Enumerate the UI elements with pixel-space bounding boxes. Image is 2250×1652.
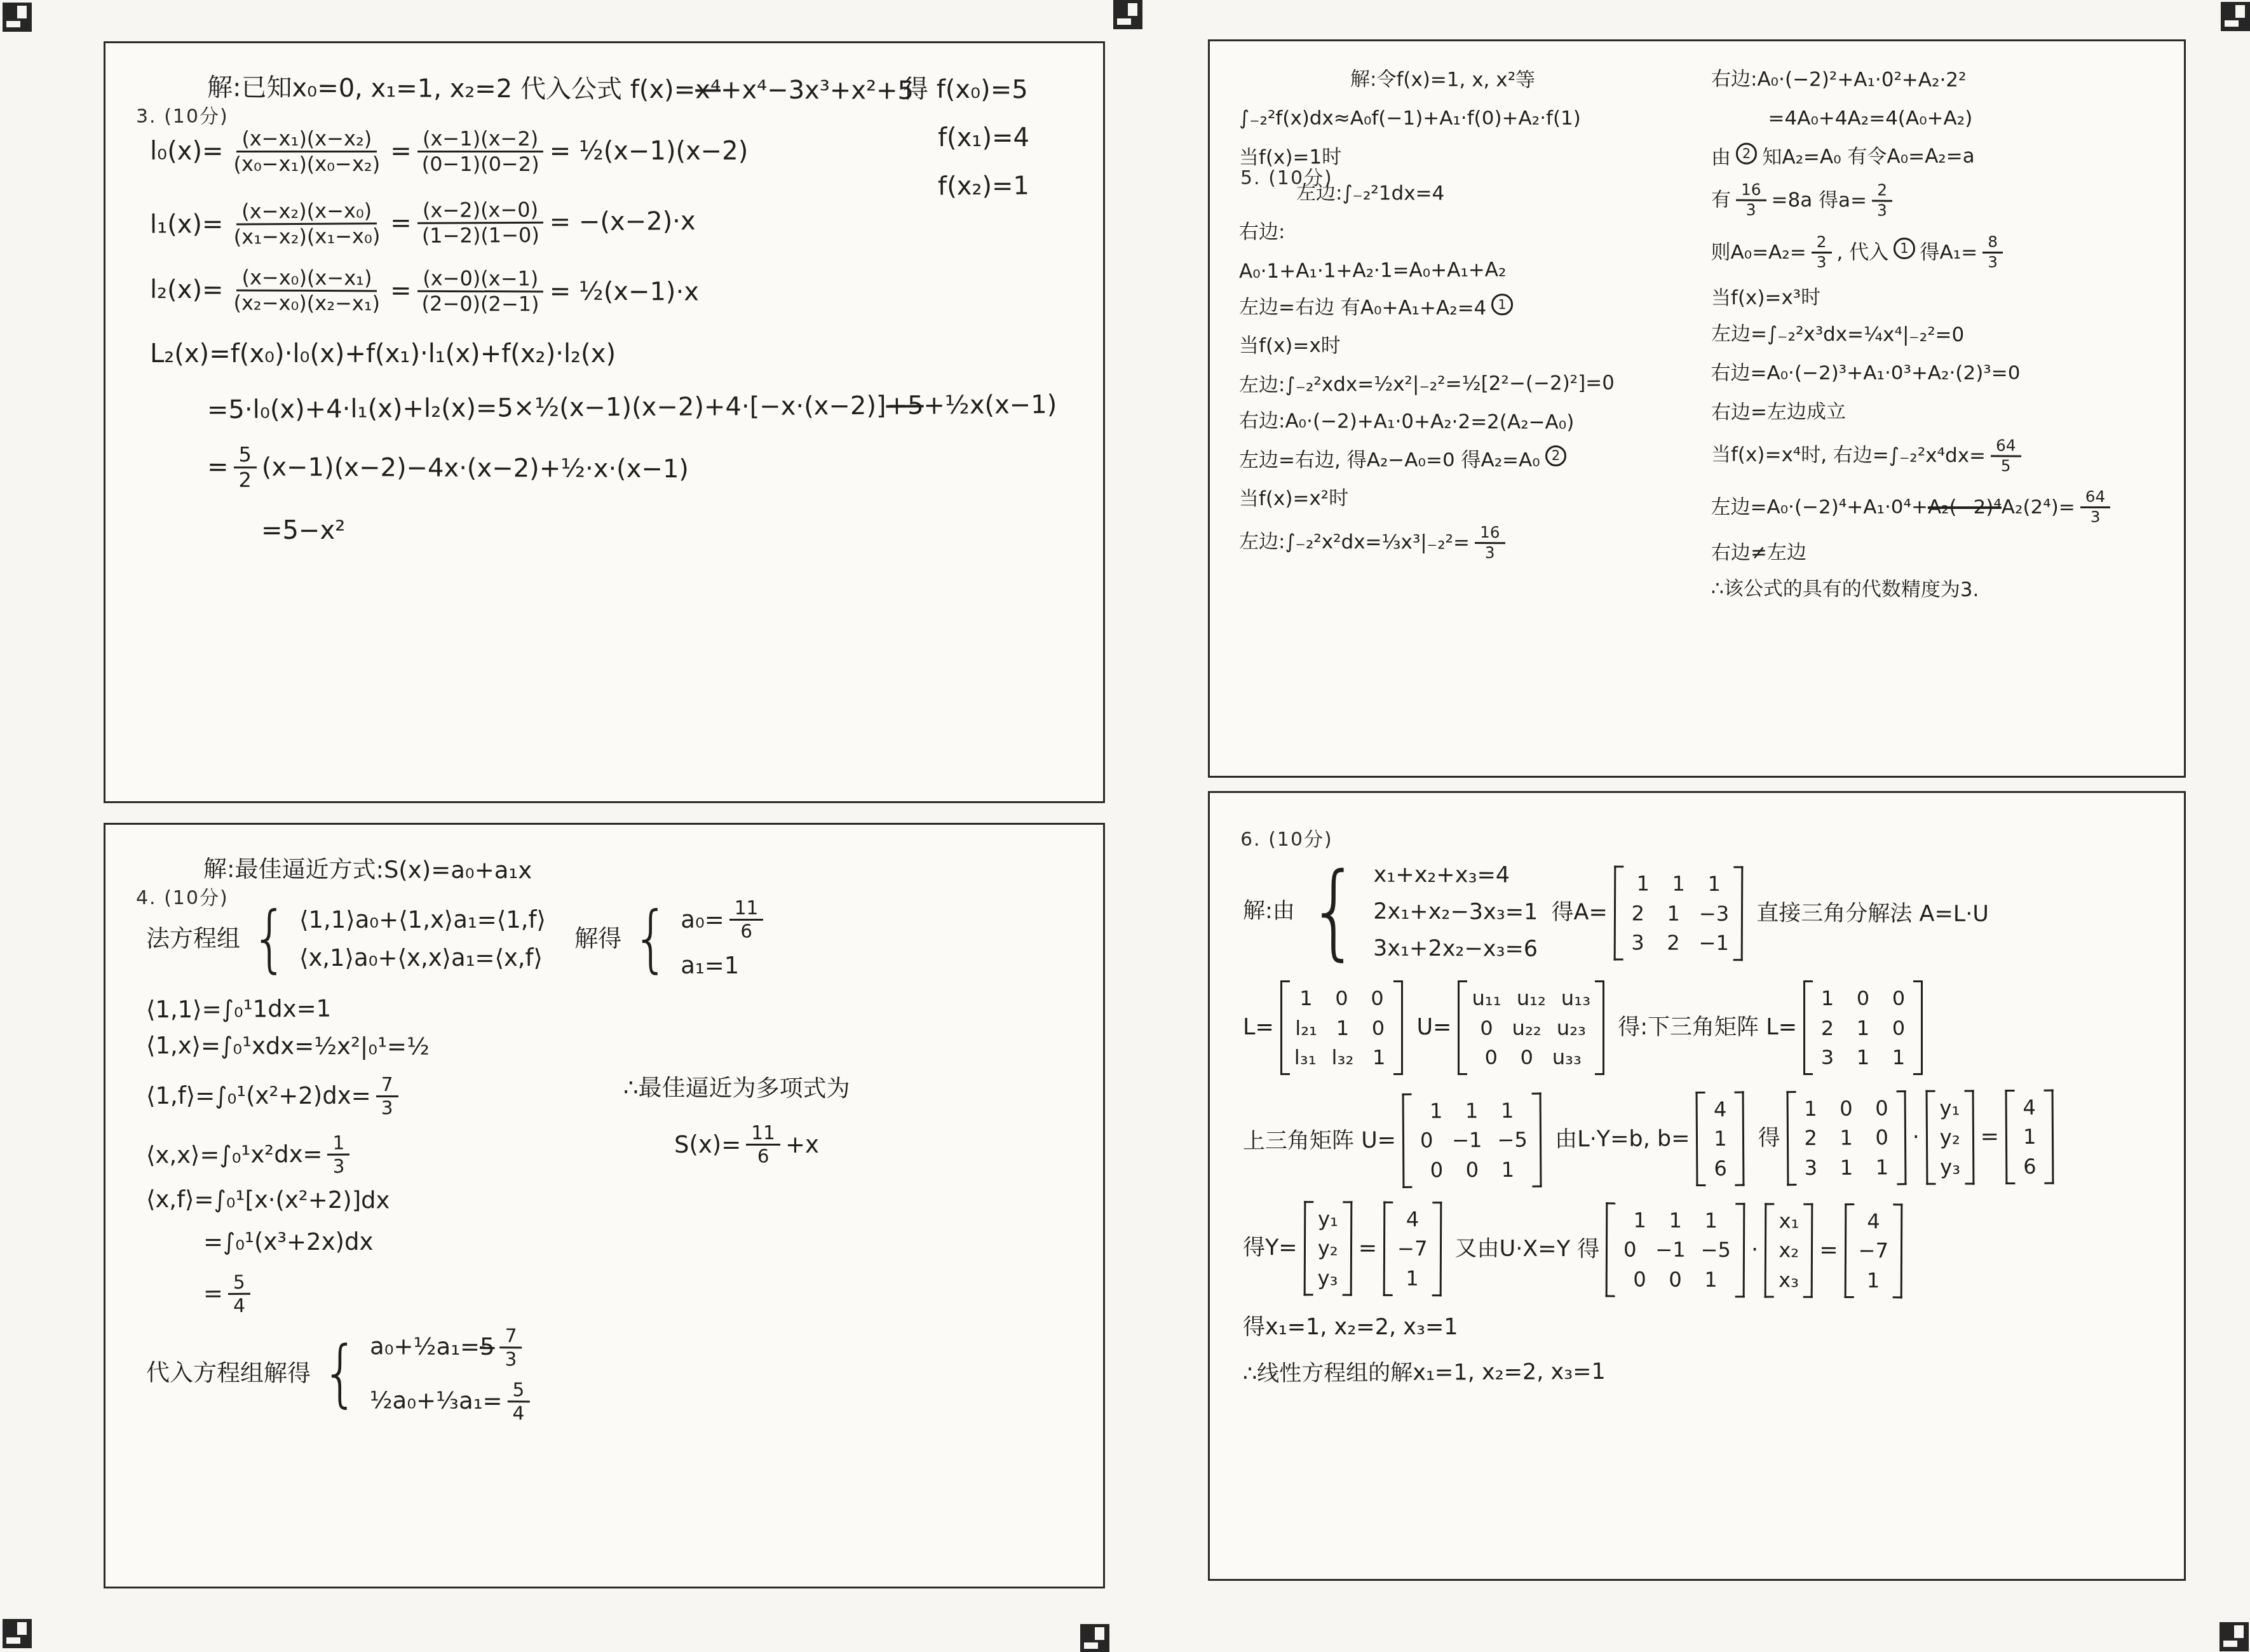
matrix-cell: y₂ — [1940, 1125, 1960, 1150]
fraction: 23 — [1812, 233, 1832, 271]
matrix-cell: 1 — [1863, 1267, 1883, 1292]
system-row: ⟨1,1⟩a₀+⟨1,x⟩a₁=⟨1,f⟩ — [299, 905, 546, 935]
circled-number: 2 — [1545, 445, 1566, 466]
formula-text: 当f(x)=x时 — [1239, 334, 1341, 358]
matrix-cell: 1 — [1701, 1208, 1721, 1233]
formula-text: 解:令f(x)=1, x, x²等 — [1350, 67, 1535, 93]
handwritten-line: 右边:A₀·(−2)²+A₁·0²+A₂·2² — [1711, 67, 2161, 93]
handwritten-line: 左边=右边 有A₀+A₁+A₂=41 — [1239, 295, 1690, 322]
formula-text: 得:下三角矩阵 L= — [1611, 1014, 1797, 1042]
system-row: a₀=116 — [681, 897, 768, 942]
matrix-cell: −5 — [1701, 1237, 1732, 1263]
formula-text: = — [203, 1279, 223, 1308]
matrix-row: 1 — [1858, 1267, 1888, 1292]
matrix-cell: u₃₃ — [1552, 1045, 1582, 1070]
matrix-cell: 2 — [1800, 1125, 1820, 1151]
formula-text: L₂(x)=f(x₀)·l₀(x)+f(x₁)·l₁(x)+f(x₂)·l₂(x… — [150, 338, 616, 370]
formula-text: 左边:∫₋₂²1dx=4 — [1296, 181, 1444, 207]
matrix-cell: 0 — [1517, 1045, 1537, 1070]
formula-text: ⟨x,x⟩=∫₀¹x²dx= — [146, 1140, 323, 1170]
matrix-cell: 6 — [1711, 1155, 1731, 1181]
formula-text: 左边:∫₋₂²xdx=½x²|₋₂²=½[2²−(−2)²]=0 — [1239, 371, 1615, 398]
formula-text: l₂(x)= — [150, 274, 224, 306]
equation-system: {a₀+½a₁=573½a₀+⅓a₁=54 — [317, 1324, 535, 1425]
fraction-denominator: 6 — [752, 1146, 775, 1167]
handwritten-line: 左边=A₀·(−2)⁴+A₁·0⁴+A₂(−2)⁴A₂(2⁴)=643 — [1711, 488, 2162, 526]
formula-text: = −(x−2)·x — [550, 205, 696, 238]
matrix: 100210311 — [1786, 1090, 1906, 1186]
handwritten-line: =5·l₀(x)+4·l₁(x)+l₂(x)=5×½(x−1)(x−2)+4·[… — [207, 389, 1074, 426]
matrix-cell: −1 — [1655, 1237, 1686, 1263]
matrix-cell: 1 — [1836, 1125, 1856, 1151]
formula-text: ⟨x,1⟩a₀+⟨x,x⟩a₁=⟨x,f⟩ — [299, 944, 543, 973]
handwritten-line: f(x₁)=4 — [938, 122, 1029, 154]
matrix: 4−71 — [1844, 1203, 1902, 1298]
formula-text: l₀(x)= — [150, 135, 224, 167]
handwritten-line: =54 — [203, 1266, 1074, 1317]
solution-columns: 解:令f(x)=1, x, x²等∫₋₂²f(x)dx≈A₀f(−1)+A₁·f… — [1239, 68, 2161, 602]
handwritten-line: 则A₀=A₂=23, 代入1得A₁=83 — [1711, 233, 2162, 271]
problem-6-box: 6. (10分) 解:由{x₁+x₂+x₃=42x₁+x₂−3x₃=13x₁+2… — [1208, 791, 2186, 1581]
formula-text: 右边: — [1239, 220, 1285, 245]
handwritten-line: ∫₋₂²f(x)dx≈A₀f(−1)+A₁·f(0)+A₂·f(1) — [1239, 106, 1690, 131]
system-rows: a₀=116a₁=1 — [681, 897, 768, 980]
matrix-cell: 2 — [1817, 1015, 1838, 1041]
matrix-row: 00u₃₃ — [1472, 1045, 1590, 1070]
fraction-numerator: 5 — [234, 443, 257, 468]
handwritten-line: =4A₀+4A₂=4(A₀+A₂) — [1768, 106, 2162, 131]
handwritten-line: 右边:A₀·(−2)+A₁·0+A₂·2=2(A₂−A₀) — [1239, 409, 1690, 435]
formula-text: 得 — [1751, 1125, 1780, 1153]
formula-text: =∫₀¹(x³+2x)dx — [203, 1228, 373, 1257]
matrix-row: y₁ — [1939, 1095, 1960, 1121]
fraction-numerator: (x−x₁)(x−x₂) — [236, 127, 377, 152]
handwritten-line: l₂(x)=(x−x₀)(x−x₁)(x₂−x₀)(x₂−x₁)=(x−0)(x… — [150, 266, 1074, 318]
fraction: 54 — [507, 1379, 529, 1424]
formula-text: ⟨1,x⟩=∫₀¹xdx=½x²|₀¹=½ — [146, 1031, 430, 1062]
handwritten-line: 得 f(x₀)=5 — [903, 74, 1029, 106]
fraction-numerator: 5 — [228, 1271, 250, 1294]
matrix-cell: x₂ — [1779, 1238, 1799, 1263]
formula-text: 得x₁=1, x₂=2, x₃=1 — [1243, 1314, 1458, 1342]
matrix-cell: l₂₁ — [1295, 1015, 1317, 1041]
matrix-cell: 0 — [1477, 1015, 1497, 1041]
fraction-denominator: (x₁−x₂)(x₁−x₀) — [229, 224, 386, 248]
matrix-cell: x₃ — [1779, 1267, 1799, 1292]
matrix-cell: 1 — [1369, 1045, 1389, 1070]
fraction-denominator: 3 — [1480, 544, 1500, 562]
formula-text: =8a 得a= — [1771, 188, 1867, 213]
formula-text: +x — [785, 1130, 819, 1160]
handwritten-line: 由2知A₂=A₀ 有令A₀=A₂=a — [1711, 142, 2161, 170]
formula-text: 左边=右边 有A₀+A₁+A₂=4 — [1239, 295, 1487, 320]
matrix-cell: 1 — [1853, 1015, 1873, 1041]
matrix-cell: 0 — [1871, 1095, 1892, 1121]
formula-text: A₂(2⁴)= — [2002, 495, 2075, 520]
matrix-cell: 1 — [1426, 1098, 1446, 1123]
formula-text: 解:由 — [1243, 898, 1295, 926]
formula-text: a₀= — [681, 905, 724, 935]
matrix-row: l₂₁10 — [1294, 1015, 1390, 1041]
handwritten-line: ⟨x,x⟩=∫₀¹x²dx=13 — [146, 1128, 1074, 1179]
matrix-row: 4 — [1859, 1209, 1889, 1234]
fraction: 163 — [1475, 524, 1505, 562]
matrix-row: 210 — [1800, 1125, 1892, 1151]
handwritten-line: 代入方程组解得{a₀+½a₁=573½a₀+⅓a₁=54 — [146, 1324, 1074, 1426]
registration-marker — [2221, 2, 2250, 31]
matrix-row: 4 — [1397, 1207, 1428, 1232]
matrix-cell: 1 — [1704, 871, 1725, 897]
fraction-denominator: 3 — [1740, 201, 1761, 219]
formula-text: 右边=左边成立 — [1711, 399, 1845, 424]
handwritten-line: =5−x² — [261, 515, 1074, 546]
formula-text: 左边=A₀·(−2)⁴+A₁·0⁴+ — [1711, 495, 1928, 520]
matrix-cell: 2 — [1628, 900, 1648, 926]
handwritten-line: ⟨1,f⟩=∫₀¹(x²+2)dx=73 — [146, 1074, 1074, 1119]
matrix: y₁y₂y₃ — [1925, 1090, 1974, 1184]
formula-text: ⟨1,1⟩a₀+⟨1,x⟩a₁=⟨1,f⟩ — [299, 905, 546, 935]
matrix-cell: −1 — [1452, 1127, 1482, 1153]
brace-icon: { — [633, 908, 670, 970]
formula-text: 有 — [1711, 187, 1730, 212]
formula-text: 右边=A₀·(−2)³+A₁·0³+A₂·(2)³=0 — [1711, 361, 2021, 386]
formula-text: 上三角矩阵 U= — [1243, 1127, 1396, 1155]
matrix-cell: u₂₂ — [1512, 1015, 1542, 1041]
formula-text: A₀·1+A₁·1+A₂·1=A₀+A₁+A₂ — [1239, 257, 1507, 283]
matrix-row: 0−1−5 — [1620, 1236, 1731, 1263]
matrix-row: x₃ — [1779, 1267, 1799, 1292]
handwritten-line: =52(x−1)(x−2)−4x·(x−2)+½·x·(x−1) — [207, 443, 1074, 496]
matrix-row: 001 — [1416, 1156, 1528, 1182]
handwritten-line: 左边:∫₋₂²1dx=4 — [1296, 181, 1690, 207]
brace-icon: { — [1308, 868, 1360, 956]
fraction: 83 — [1982, 233, 2003, 271]
handwritten-line: 右边=A₀·(−2)³+A₁·0³+A₂·(2)³=0 — [1711, 361, 2162, 386]
matrix-cell: 3 — [1817, 1045, 1838, 1070]
formula-text: ⟨x,f⟩=∫₀¹[x·(x²+2)]dx — [146, 1185, 390, 1215]
solution-column: 解:令f(x)=1, x, x²等∫₋₂²f(x)dx≈A₀f(−1)+A₁·f… — [1239, 68, 1690, 562]
formula-text: , 代入 — [1837, 240, 1889, 265]
handwritten-line: L₂(x)=f(x₀)·l₀(x)+f(x₁)·l₁(x)+f(x₂)·l₂(x… — [150, 338, 1074, 370]
matrix-row: x₂ — [1779, 1238, 1799, 1263]
fraction-numerator: 64 — [1991, 437, 2021, 457]
matrix-cell: −1 — [1698, 930, 1729, 956]
formula-text: 又由U·X=Y 得 — [1447, 1235, 1599, 1264]
formula-text: · — [1751, 1236, 1758, 1264]
formula-text: (x−1)(x−2)−4x·(x−2)+½·x·(x−1) — [262, 451, 689, 485]
matrix-row: 100 — [1817, 985, 1909, 1011]
formula-text: = — [1819, 1236, 1838, 1264]
fraction-denominator: 2 — [233, 468, 257, 492]
matrix-row: 1 — [1710, 1126, 1730, 1151]
matrix-cell: y₂ — [1318, 1235, 1338, 1261]
formula-text: = — [390, 275, 412, 307]
problem-4-solution: 解:最佳逼近方式:S(x)=a₀+a₁x法方程组{⟨1,1⟩a₀+⟨1,x⟩a₁… — [105, 825, 1103, 1587]
formula-text: 代入方程组解得 — [146, 1358, 311, 1388]
fraction-numerator: (x−x₂)(x−x₀) — [236, 199, 377, 225]
fraction: (x−x₂)(x−x₀)(x₁−x₂)(x₁−x₀) — [228, 199, 385, 248]
matrix-row: 1 — [1397, 1265, 1428, 1290]
matrix-cell: 6 — [2019, 1153, 2040, 1179]
handwritten-line: 左边=∫₋₂²x³dx=¼x⁴|₋₂²=0 — [1711, 322, 2161, 349]
matrix-cell: 0 — [1665, 1266, 1685, 1292]
handwritten-line: 当f(x)=x³时 — [1711, 283, 2161, 311]
formula-text: ½a₀+⅓a₁= — [370, 1386, 503, 1416]
formula-text: 3x₁+2x₂−x₃=6 — [1373, 935, 1538, 963]
matrix-row: 6 — [2019, 1153, 2040, 1179]
formula-text: 左边=∫₋₂²x³dx=¼x⁴|₋₂²=0 — [1711, 322, 1963, 348]
registration-marker — [3, 3, 32, 32]
fraction-numerator: 7 — [500, 1325, 522, 1348]
formula-text: L= — [1243, 1014, 1274, 1042]
matrix-cell: 1 — [1853, 1045, 1873, 1070]
problem-6-solution: 解:由{x₁+x₂+x₃=42x₁+x₂−3x₃=13x₁+2x₂−x₃=6 得… — [1210, 793, 2184, 1579]
system-row: a₀+½a₁=573 — [370, 1324, 535, 1370]
matrix-cell: 2 — [1663, 930, 1683, 955]
formula-text: = — [207, 451, 229, 483]
fraction-denominator: 3 — [1871, 201, 1892, 220]
formula-text: +x⁴−3x³+x²+5 — [721, 74, 914, 107]
system-row: x₁+x₂+x₃=4 — [1374, 862, 1538, 890]
matrix-row: 1 — [2019, 1124, 2040, 1149]
formula-text: 由 — [1711, 145, 1730, 170]
matrix-cell: u₁₃ — [1561, 985, 1590, 1011]
system-rows: ⟨1,1⟩a₀+⟨1,x⟩a₁=⟨1,f⟩⟨x,1⟩a₀+⟨x,x⟩a₁=⟨x,… — [299, 905, 546, 973]
registration-marker — [1113, 0, 1142, 29]
matrix-row: x₁ — [1779, 1208, 1799, 1233]
matrix-cell: 1 — [1332, 1015, 1353, 1041]
handwritten-line: ∴线性方程组的解x₁=1, x₂=2, x₃=1 — [1243, 1355, 2161, 1389]
fraction: 116 — [729, 897, 764, 942]
crossed-out-text: +5 — [886, 389, 923, 421]
matrix: 4−71 — [1383, 1202, 1442, 1296]
circled-number: 1 — [1491, 294, 1513, 315]
formula-text: ∴最佳逼近为多项式为 — [623, 1073, 850, 1104]
system-row: ½a₀+⅓a₁=54 — [370, 1378, 535, 1424]
formula-text: x₁+x₂+x₃=4 — [1374, 862, 1510, 890]
matrix-row: −7 — [1397, 1236, 1428, 1261]
formula-text: f(x₁)=4 — [938, 122, 1029, 154]
handwritten-line: l₁(x)=(x−x₂)(x−x₀)(x₁−x₂)(x₁−x₀)=(x−2)(x… — [150, 194, 1074, 248]
formula-text: +½x(x−1) — [923, 389, 1057, 421]
crossed-out-text: A₂(−2)⁴ — [1928, 495, 2002, 520]
problem-3-box: 3. (10分) 解:已知x₀=0, x₁=1, x₂=2 代入公式 f(x)=… — [104, 41, 1105, 803]
matrix-cell: u₁₂ — [1517, 985, 1546, 1011]
matrix-row: 210 — [1817, 1015, 1909, 1041]
handwritten-line: 右边≠左边 — [1711, 538, 2161, 565]
system-row: 2x₁+x₂−3x₃=1 — [1373, 898, 1538, 926]
problem-4-side-note: ∴最佳逼近为多项式为S(x)=116+x — [623, 1074, 850, 1167]
matrix-cell: 1 — [1710, 1126, 1730, 1151]
fraction: (x−x₁)(x−x₂)(x₀−x₁)(x₀−x₂) — [229, 127, 386, 176]
matrix: 1110−1−5001 — [1606, 1202, 1745, 1297]
formula-text: 知A₂=A₀ 有令A₀=A₂=a — [1762, 144, 1975, 170]
matrix-row: 111 — [1416, 1098, 1528, 1124]
fraction-numerator: 1 — [327, 1132, 349, 1156]
formula-text: 左边:∫₋₂²x²dx=⅓x³|₋₂²= — [1239, 529, 1470, 555]
matrix-cell: 1 — [1669, 871, 1689, 897]
equation-system: {a₀=116a₁=1 — [628, 897, 768, 980]
fraction: 73 — [376, 1074, 398, 1119]
formula-text: f(x₂)=1 — [938, 170, 1029, 203]
system-rows: a₀+½a₁=573½a₀+⅓a₁=54 — [370, 1324, 535, 1424]
formula-text: = — [390, 207, 412, 239]
matrix-cell: 1 — [1872, 1154, 1892, 1180]
matrix-row: 111 — [1628, 871, 1730, 897]
matrix-cell: 0 — [1368, 1015, 1388, 1041]
handwritten-line: 解:令f(x)=1, x, x²等 — [1350, 67, 1690, 93]
matrix-cell: −7 — [1858, 1238, 1888, 1263]
formula-text: U= — [1409, 1014, 1451, 1042]
handwritten-line: 右边=左边成立 — [1711, 397, 2161, 424]
problem-5-box: 5. (10分) 解:令f(x)=1, x, x²等∫₋₂²f(x)dx≈A₀f… — [1208, 39, 2186, 778]
formula-text: 法方程组 — [146, 924, 240, 954]
matrix-cell: 0 — [1871, 1125, 1892, 1150]
formula-text: 解:最佳逼近方式:S(x)=a₀+a₁x — [203, 855, 532, 886]
fraction-denominator: 3 — [1982, 254, 2003, 272]
matrix-row: 6 — [1711, 1155, 1731, 1181]
formula-text: = ½(x−1)(x−2) — [550, 135, 749, 167]
fraction-denominator: 4 — [507, 1402, 529, 1424]
fraction-denominator: (x₂−x₀)(x₂−x₁) — [228, 291, 385, 315]
fraction-numerator: 2 — [1872, 182, 1892, 202]
matrix: u₁₁u₁₂u₁₃0u₂₂u₂₃00u₃₃ — [1458, 980, 1604, 1075]
handwritten-line: =∫₀¹(x³+2x)dx — [203, 1228, 1074, 1257]
fraction-denominator: (2−0)(2−1) — [417, 292, 545, 316]
equation-system: {x₁+x₂+x₃=42x₁+x₂−3x₃=13x₁+2x₂−x₃=6 — [1301, 861, 1538, 963]
formula-text: 得A= — [1544, 899, 1608, 927]
formula-text: 右边:A₀·(−2)²+A₁·0²+A₂·2² — [1711, 67, 1966, 93]
fraction: (x−2)(x−0)(1−2)(1−0) — [416, 198, 544, 247]
fraction-denominator: 6 — [735, 921, 757, 942]
fraction: 73 — [499, 1325, 522, 1370]
matrix-cell: 1 — [1700, 1266, 1721, 1292]
matrix-row: y₂ — [1940, 1125, 1960, 1150]
matrix-cell: 1 — [1836, 1154, 1857, 1180]
handwritten-line: 当f(x)=x⁴时, 右边=∫₋₂²x⁴dx=645 — [1711, 436, 2161, 476]
registration-marker — [1080, 1624, 1109, 1652]
matrix-cell: x₁ — [1779, 1208, 1799, 1233]
formula-text: 解:已知x₀=0, x₁=1, x₂=2 代入公式 f(x)= — [207, 72, 695, 105]
matrix: 11121−332−1 — [1613, 866, 1743, 961]
matrix-cell: 0 — [1332, 985, 1352, 1011]
matrix-cell: 0 — [1427, 1157, 1447, 1182]
matrix-row: 0u₂₂u₂₃ — [1472, 1015, 1590, 1041]
matrix-cell: 0 — [1620, 1236, 1640, 1262]
fraction-numerator: 11 — [729, 897, 764, 921]
brace-icon: { — [322, 1343, 359, 1405]
matrix-row: 311 — [1801, 1154, 1892, 1181]
formula-text: = — [390, 135, 412, 167]
fraction-numerator: 8 — [1982, 233, 2003, 254]
matrix-cell: 1 — [1817, 985, 1838, 1011]
fraction-denominator: 4 — [228, 1294, 250, 1316]
handwritten-line: 得Y=y₁y₂y₃=4−71 又由U·X=Y 得1110−1−5001·x₁x₂… — [1243, 1201, 2162, 1299]
matrix-cell: 3 — [1801, 1154, 1821, 1180]
fraction-denominator: (0−1)(0−2) — [417, 152, 545, 176]
handwritten-line: A₀·1+A₁·1+A₂·1=A₀+A₁+A₂ — [1239, 257, 1690, 284]
matrix-cell: l₃₁ — [1294, 1045, 1317, 1070]
handwritten-line: ⟨1,1⟩=∫₀¹1dx=1 — [146, 989, 1074, 1024]
system-row: 3x₁+2x₂−x₃=6 — [1373, 935, 1538, 963]
formula-text: · — [1912, 1123, 1919, 1151]
matrix-cell: 1 — [1497, 1098, 1517, 1123]
matrix-cell: y₁ — [1318, 1206, 1338, 1231]
fraction: 54 — [228, 1271, 250, 1316]
matrix-cell: 1 — [2019, 1124, 2040, 1149]
matrix-cell: 0 — [1416, 1128, 1437, 1153]
formula-text: a₀+½a₁= — [370, 1332, 480, 1362]
formula-text: 左边=右边, 得A₂−A₀=0 得A₂=A₀ — [1239, 448, 1540, 473]
scanned-answer-sheet: 3. (10分) 解:已知x₀=0, x₁=1, x₂=2 代入公式 f(x)=… — [0, 0, 2250, 1652]
matrix-cell: 1 — [1296, 985, 1317, 1011]
problem-4-box: 4. (10分) 解:最佳逼近方式:S(x)=a₀+a₁x法方程组{⟨1,1⟩a… — [104, 823, 1105, 1588]
handwritten-line: f(x₂)=1 — [938, 170, 1029, 203]
handwritten-line: ⟨1,x⟩=∫₀¹xdx=½x²|₀¹=½ — [146, 1031, 1074, 1065]
matrix-row: u₁₁u₁₂u₁₃ — [1472, 985, 1590, 1011]
fraction-denominator: 5 — [1995, 457, 2016, 475]
fraction-denominator: 3 — [328, 1156, 350, 1177]
matrix: 416 — [1696, 1092, 1745, 1186]
fraction: 645 — [1990, 437, 2021, 475]
formula-text: 右边≠左边 — [1711, 541, 1806, 566]
formula-text: a₁=1 — [681, 951, 739, 980]
handwritten-line: S(x)=116+x — [674, 1122, 850, 1167]
formula-text: 当f(x)=x³时 — [1711, 285, 1820, 311]
formula-text: = — [1359, 1235, 1378, 1263]
problem-5-solution: 解:令f(x)=1, x, x²等∫₋₂²f(x)dx≈A₀f(−1)+A₁·f… — [1210, 41, 2184, 776]
solution-column: 右边:A₀·(−2)²+A₁·0²+A₂·2²=4A₀+4A₂=4(A₀+A₂)… — [1711, 68, 2162, 602]
handwritten-line: 左边:∫₋₂²xdx=½x²|₋₂²=½[2²−(−2)²]=0 — [1239, 370, 1690, 398]
matrix-cell: −5 — [1497, 1127, 1528, 1153]
matrix-cell: 0 — [1629, 1266, 1650, 1292]
system-rows: x₁+x₂+x₃=42x₁+x₂−3x₃=13x₁+2x₂−x₃=6 — [1373, 862, 1538, 963]
fraction-numerator: (x−x₀)(x−x₁) — [236, 266, 377, 292]
handwritten-line: 左边:∫₋₂²x²dx=⅓x³|₋₂²=163 — [1239, 522, 1690, 562]
handwritten-line: 法方程组{⟨1,1⟩a₀+⟨1,x⟩a₁=⟨1,f⟩⟨x,1⟩a₀+⟨x,x⟩a… — [146, 897, 1074, 980]
formula-text: ∴该公式的具有的代数精度为3. — [1711, 577, 1978, 603]
fraction-denominator: (1−2)(1−0) — [417, 223, 545, 247]
fraction-numerator: 7 — [376, 1074, 398, 1097]
matrix-cell: 0 — [1853, 985, 1873, 1011]
fraction: 163 — [1735, 181, 1766, 219]
matrix-cell: 4 — [1710, 1097, 1730, 1122]
matrix-cell: 1 — [1633, 871, 1653, 897]
fraction-numerator: 16 — [1735, 181, 1766, 201]
matrix-row: 4 — [2019, 1095, 2040, 1120]
fraction-numerator: 16 — [1475, 524, 1505, 544]
fraction: (x−0)(x−1)(2−0)(2−1) — [417, 267, 545, 316]
formula-text: 解得 — [552, 924, 621, 954]
fraction: 116 — [746, 1122, 780, 1167]
matrix-cell: 3 — [1627, 930, 1648, 955]
brace-icon: { — [251, 908, 288, 970]
matrix-cell: 0 — [1836, 1096, 1856, 1121]
matrix-row: 100 — [1294, 985, 1390, 1011]
system-row: ⟨x,1⟩a₀+⟨x,x⟩a₁=⟨x,f⟩ — [299, 944, 546, 973]
fraction: 643 — [2080, 488, 2111, 526]
handwritten-line: 解:由{x₁+x₂+x₃=42x₁+x₂−3x₃=13x₁+2x₂−x₃=6 得… — [1243, 861, 2162, 966]
matrix-row: l₃₁l₃₂1 — [1294, 1045, 1390, 1070]
handwritten-line: ⟨x,f⟩=∫₀¹[x·(x²+2)]dx — [146, 1185, 1074, 1219]
fraction: 23 — [1871, 182, 1892, 220]
formula-text: ⟨1,f⟩=∫₀¹(x²+2)dx= — [146, 1081, 371, 1111]
matrix-row: y₁ — [1318, 1206, 1338, 1231]
formula-text: 当f(x)=1时 — [1239, 145, 1341, 170]
handwritten-line: ∴最佳逼近为多项式为 — [623, 1073, 850, 1104]
formula-text: 2x₁+x₂−3x₃=1 — [1373, 898, 1538, 926]
crossed-out-text: 5 — [480, 1332, 495, 1362]
